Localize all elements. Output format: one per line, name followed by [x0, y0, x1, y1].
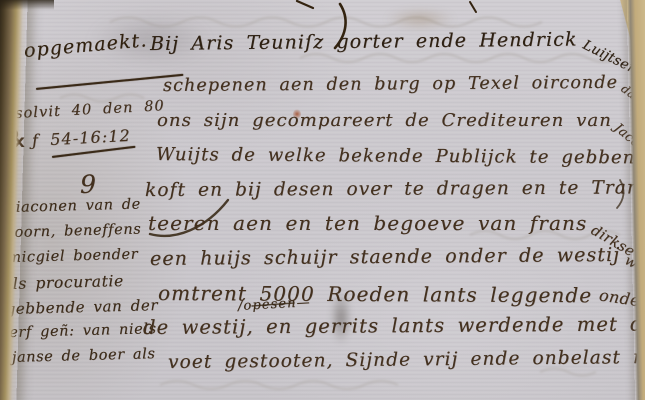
book-binding-top-shadow: [0, 0, 54, 10]
deed-text-line: schepenen aen den burg op Texel oirconde…: [163, 72, 645, 96]
manuscript-photo: opgemaekt. solvit 40 den 80 ℞ ƒ 54-16:12…: [0, 0, 645, 400]
deed-text-line: koft en bij desen over te dragen en te T…: [145, 177, 645, 201]
margin-procuration-note: diaconen van de goorn, beneffens micgiel…: [6, 196, 163, 375]
deed-text: Bij Aris Teuniſz gorter ende Hendrick: [150, 29, 578, 55]
deed-text-line: de westij, en gerrits lants werdende met…: [143, 312, 645, 339]
deed-text-line: een huijs schuijr staende onder de westi…: [150, 244, 645, 270]
deed-text-line: teeren aen en ten begoeve van fransdirks…: [148, 211, 642, 235]
deed-text-line: ons sijn gecompareert de Crediteuren van…: [157, 110, 645, 131]
deed-text: Wuijts de welke bekende Publijck te gebb…: [156, 144, 636, 168]
deed-text: ons sijn gecompareert de Crediteuren van: [157, 110, 612, 131]
deed-text: de westij, en gerrits lants werdende met…: [143, 312, 645, 339]
deed-text-line: omtrent 5000 Roeden lants leggendeonder: [158, 281, 645, 308]
margin-flourish-mark: 9: [80, 170, 97, 199]
deed-text-line: Wuijts de welke bekende Publijck te gebb…: [156, 144, 645, 169]
deed-text: koft en bij desen over te dragen en te T…: [145, 177, 645, 201]
deed-text: een huijs schuijr staende onder de westi…: [150, 244, 620, 270]
deed-text: schepenen aen den burg op Texel oirconde: [163, 73, 618, 96]
deed-text: omtrent 5000 Roeden lants leggende: [158, 281, 592, 307]
deed-text: teeren aen en ten begoeve van frans: [148, 211, 587, 235]
margin-procuration-line: janse de boer als: [12, 346, 165, 375]
